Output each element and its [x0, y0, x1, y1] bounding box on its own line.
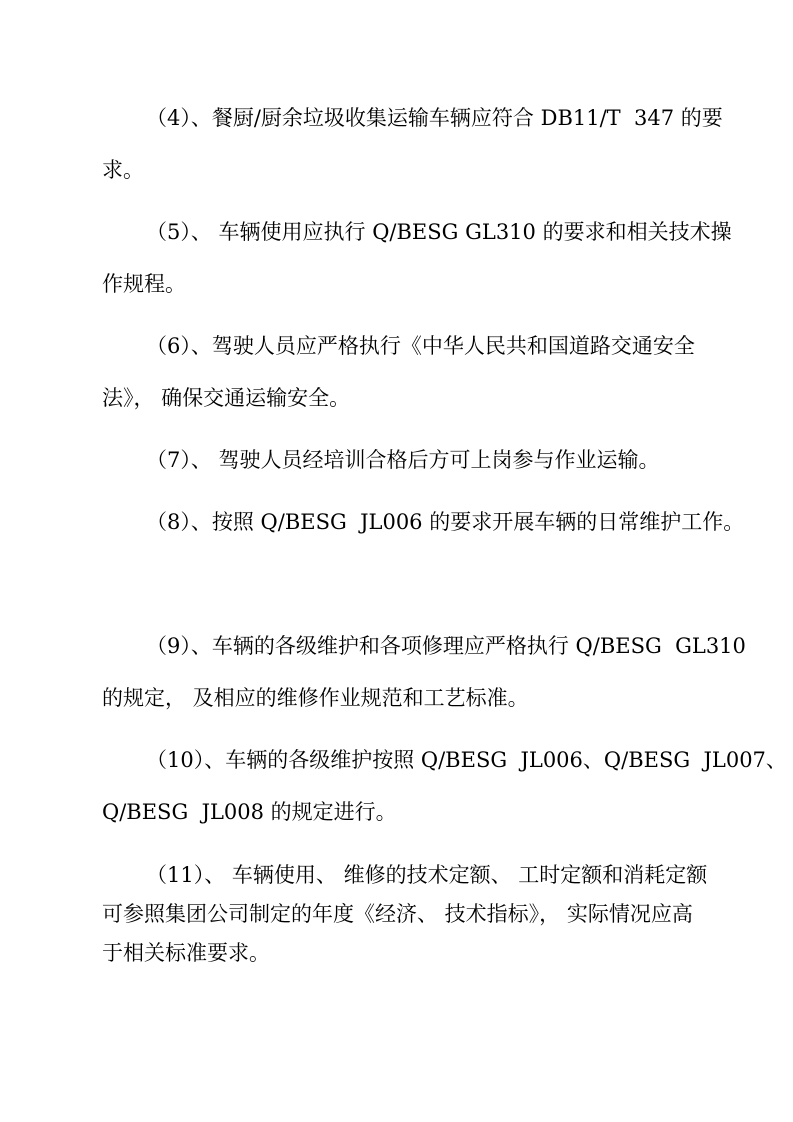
paragraph-clause-9: （9）、车辆的各级维护和各项修理应严格执行 Q/BESG GL310 的规定， … [102, 620, 687, 724]
paragraph-clause-10: （10）、车辆的各级维护按照 Q/BESG JL006、Q/BESG JL007… [102, 734, 687, 838]
empty-paragraph-spacer [102, 558, 687, 620]
document-page: （4）、餐厨/厨余垃圾收集运输车辆应符合 DB11/T 347 的要 求。 （5… [0, 0, 793, 1122]
text-line: （9）、车辆的各级维护和各项修理应严格执行 Q/BESG GL310 [102, 620, 687, 672]
text-line: 法》， 确保交通运输安全。 [102, 372, 687, 424]
paragraph-clause-11: （11）、 车辆使用、 维修的技术定额、 工时定额和消耗定额 可参照集团公司制定… [102, 856, 687, 973]
text-line: （4）、餐厨/厨余垃圾收集运输车辆应符合 DB11/T 347 的要 [102, 92, 687, 144]
paragraph-clause-7: （7）、 驾驶人员经培训合格后方可上岗参与作业运输。 [102, 434, 687, 486]
paragraph-clause-5: （5）、 车辆使用应执行 Q/BESG GL310 的要求和相关技术操 作规程。 [102, 206, 687, 310]
text-line: 求。 [102, 144, 687, 196]
paragraph-clause-6: （6）、驾驶人员应严格执行《中华人民共和国道路交通安全 法》， 确保交通运输安全… [102, 320, 687, 424]
text-line: （11）、 车辆使用、 维修的技术定额、 工时定额和消耗定额 [102, 856, 687, 895]
text-line: （5）、 车辆使用应执行 Q/BESG GL310 的要求和相关技术操 [102, 206, 687, 258]
text-line: （10）、车辆的各级维护按照 Q/BESG JL006、Q/BESG JL007… [102, 734, 687, 786]
text-line: （8）、按照 Q/BESG JL006 的要求开展车辆的日常维护工作。 [102, 496, 687, 548]
paragraph-clause-8: （8）、按照 Q/BESG JL006 的要求开展车辆的日常维护工作。 [102, 496, 687, 548]
text-line: 于相关标准要求。 [102, 934, 687, 973]
paragraph-clause-4: （4）、餐厨/厨余垃圾收集运输车辆应符合 DB11/T 347 的要 求。 [102, 92, 687, 196]
text-line: 作规程。 [102, 258, 687, 310]
text-line: Q/BESG JL008 的规定进行。 [102, 786, 687, 838]
text-line: 可参照集团公司制定的年度《经济、 技术指标》， 实际情况应高 [102, 895, 687, 934]
text-line: （7）、 驾驶人员经培训合格后方可上岗参与作业运输。 [102, 434, 687, 486]
text-line: （6）、驾驶人员应严格执行《中华人民共和国道路交通安全 [102, 320, 687, 372]
text-line: 的规定， 及相应的维修作业规范和工艺标准。 [102, 672, 687, 724]
